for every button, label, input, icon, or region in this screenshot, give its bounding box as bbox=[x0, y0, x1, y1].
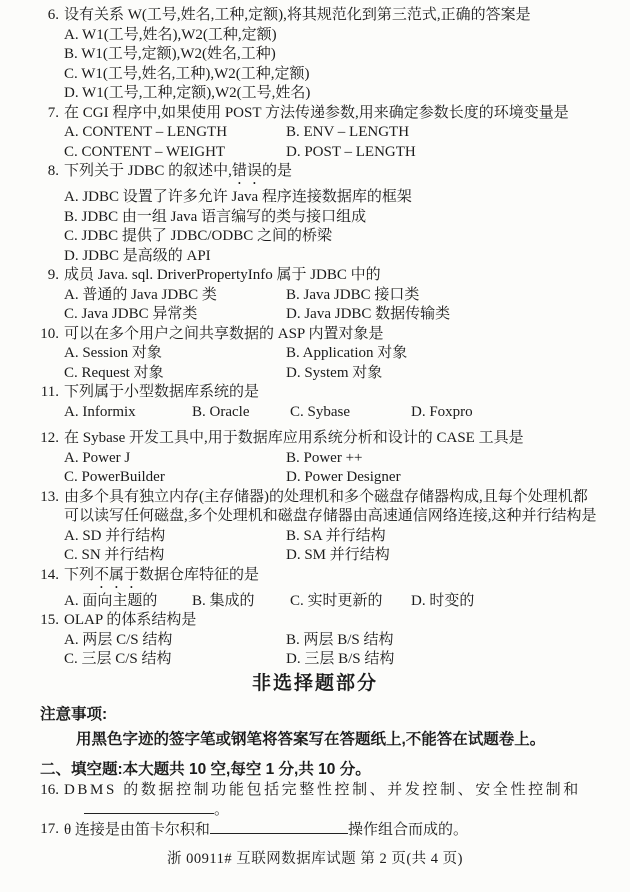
question-6: 6. 设有关系 W(工号,姓名,工种,定额),将其规范化到第三范式,正确的答案是… bbox=[0, 6, 630, 104]
option: B. W1(工号,定额),W2(姓名,工种) bbox=[0, 45, 630, 65]
question-stem: 由多个具有独立内存(主存储器)的处理机和多个磁盘存储器构成,且每个处理机都可以读… bbox=[64, 488, 630, 527]
stem-text: 操作组合而成的。 bbox=[348, 822, 468, 838]
question-head: 9. 成员 Java. sql. DriverPropertyInfo 属于 J… bbox=[0, 266, 630, 286]
question-11: 11. 下列属于小型数据库系统的是 A. Informix B. Oracle … bbox=[0, 383, 630, 422]
option: A. 面向主题的 bbox=[64, 592, 192, 612]
option: A. Power J bbox=[64, 449, 286, 469]
option: D. JDBC 是高级的 API bbox=[0, 247, 630, 267]
option: C. CONTENT – WEIGHT bbox=[64, 143, 286, 163]
question-number: 9. bbox=[0, 266, 59, 286]
options-row: A. 两层 C/S 结构 B. 两层 B/S 结构 bbox=[0, 631, 630, 651]
option: C. 三层 C/S 结构 bbox=[64, 650, 286, 670]
page-footer: 浙 00911# 互联网数据库试题 第 2 页(共 4 页) bbox=[0, 849, 630, 869]
question-stem: 下列属于小型数据库系统的是 bbox=[64, 383, 630, 403]
option: D. Java JDBC 数据传输类 bbox=[286, 305, 450, 325]
option: D. SM 并行结构 bbox=[286, 546, 390, 566]
fill-blank bbox=[210, 820, 348, 834]
question-head: 12. 在 Sybase 开发工具中,用于数据库应用系统分析和设计的 CASE … bbox=[0, 429, 630, 449]
option: C. PowerBuilder bbox=[64, 468, 286, 488]
option: D. W1(工号,工种,定额),W2(工号,姓名) bbox=[0, 84, 630, 104]
option: A. W1(工号,姓名),W2(工种,定额) bbox=[0, 26, 630, 46]
option: B. SA 并行结构 bbox=[286, 527, 386, 547]
option: A. Informix bbox=[64, 403, 192, 423]
question-8: 8. 下列关于 JDBC 的叙述中,错误的是 A. JDBC 设置了许多允许 J… bbox=[0, 162, 630, 266]
question-number: 13. bbox=[0, 488, 59, 527]
question-stem: 可以在多个用户之间共享数据的 ASP 内置对象是 bbox=[64, 325, 630, 345]
question-stem: θ 连接是由笛卡尔积和操作组合而成的。 bbox=[64, 820, 630, 841]
question-12: 12. 在 Sybase 开发工具中,用于数据库应用系统分析和设计的 CASE … bbox=[0, 429, 630, 488]
question-head: 7. 在 CGI 程序中,如果使用 POST 方法传递参数,用来确定参数长度的环… bbox=[0, 104, 630, 124]
question-number: 17. bbox=[0, 820, 59, 841]
question-14: 14. 下列不属于数据仓库特征的是 A. 面向主题的 B. 集成的 C. 实时更… bbox=[0, 566, 630, 612]
option: D. POST – LENGTH bbox=[286, 143, 416, 163]
question-7: 7. 在 CGI 程序中,如果使用 POST 方法传递参数,用来确定参数长度的环… bbox=[0, 104, 630, 163]
option: D. Power Designer bbox=[286, 468, 401, 488]
option: B. Oracle bbox=[192, 403, 290, 423]
question-stem: 下列不属于数据仓库特征的是 bbox=[64, 566, 630, 592]
options-row: A. Informix B. Oracle C. Sybase D. Foxpr… bbox=[0, 403, 630, 423]
question-15: 15. OLAP 的体系结构是 A. 两层 C/S 结构 B. 两层 B/S 结… bbox=[0, 611, 630, 670]
option: A. 普通的 Java JDBC 类 bbox=[64, 286, 286, 306]
stem-emphasized-text: 错误 bbox=[232, 163, 262, 179]
stem-text: 的是 bbox=[262, 163, 292, 179]
options-row: A. Session 对象 B. Application 对象 bbox=[0, 344, 630, 364]
section-title: 非选择题部分 bbox=[0, 670, 630, 698]
question-stem: 在 CGI 程序中,如果使用 POST 方法传递参数,用来确定参数长度的环境变量… bbox=[64, 104, 630, 124]
question-9: 9. 成员 Java. sql. DriverPropertyInfo 属于 J… bbox=[0, 266, 630, 325]
question-head: 16. DBMS 的数据控制功能包括完整性控制、并发控制、安全性控制和 bbox=[0, 781, 630, 801]
option: B. ENV – LENGTH bbox=[286, 123, 409, 143]
fill-in-section-heading: 二、填空题:本大题共 10 空,每空 1 分,共 10 分。 bbox=[0, 759, 630, 781]
question-stem: DBMS 的数据控制功能包括完整性控制、并发控制、安全性控制和 bbox=[64, 781, 630, 801]
stem-emphasized-text: 不属于 bbox=[94, 567, 139, 583]
stem-text: 下列 bbox=[64, 567, 94, 583]
option: C. 实时更新的 bbox=[290, 592, 411, 612]
question-head: 15. OLAP 的体系结构是 bbox=[0, 611, 630, 631]
question-17: 17. θ 连接是由笛卡尔积和操作组合而成的。 bbox=[0, 820, 630, 841]
question-stem: OLAP 的体系结构是 bbox=[64, 611, 630, 631]
question-number: 10. bbox=[0, 325, 59, 345]
question-number: 12. bbox=[0, 429, 59, 449]
question-stem: 下列关于 JDBC 的叙述中,错误的是 bbox=[64, 162, 630, 188]
option: D. Foxpro bbox=[411, 403, 473, 423]
question-10: 10. 可以在多个用户之间共享数据的 ASP 内置对象是 A. Session … bbox=[0, 325, 630, 384]
option: B. 集成的 bbox=[192, 592, 290, 612]
option: A. CONTENT – LENGTH bbox=[64, 123, 286, 143]
question-16: 16. DBMS 的数据控制功能包括完整性控制、并发控制、安全性控制和 。 bbox=[0, 781, 630, 821]
option: D. 时变的 bbox=[411, 592, 474, 612]
answer-blank-line: 。 bbox=[0, 800, 630, 820]
option: D. 三层 B/S 结构 bbox=[286, 650, 394, 670]
exam-page: 6. 设有关系 W(工号,姓名,工种,定额),将其规范化到第三范式,正确的答案是… bbox=[0, 0, 630, 869]
question-head: 17. θ 连接是由笛卡尔积和操作组合而成的。 bbox=[0, 820, 630, 841]
options-row: A. Power J B. Power ++ bbox=[0, 449, 630, 469]
options-row: C. 三层 C/S 结构 D. 三层 B/S 结构 bbox=[0, 650, 630, 670]
option: C. JDBC 提供了 JDBC/ODBC 之间的桥梁 bbox=[0, 227, 630, 247]
option: B. JDBC 由一组 Java 语言编写的类与接口组成 bbox=[0, 208, 630, 228]
question-number: 14. bbox=[0, 566, 59, 592]
option: C. Sybase bbox=[290, 403, 411, 423]
question-head: 14. 下列不属于数据仓库特征的是 bbox=[0, 566, 630, 592]
option: C. SN 并行结构 bbox=[64, 546, 286, 566]
option: D. System 对象 bbox=[286, 364, 382, 384]
option: B. Power ++ bbox=[286, 449, 363, 469]
fill-blank bbox=[84, 800, 214, 814]
question-head: 10. 可以在多个用户之间共享数据的 ASP 内置对象是 bbox=[0, 325, 630, 345]
notes-heading: 注意事项: bbox=[0, 704, 630, 726]
option: A. JDBC 设置了许多允许 Java 程序连接数据库的框架 bbox=[0, 188, 630, 208]
options-row: C. SN 并行结构 D. SM 并行结构 bbox=[0, 546, 630, 566]
option: C. W1(工号,姓名,工种),W2(工种,定额) bbox=[0, 65, 630, 85]
options-row: C. Java JDBC 异常类 D. Java JDBC 数据传输类 bbox=[0, 305, 630, 325]
stem-text: θ 连接是由笛卡尔积和 bbox=[64, 822, 210, 838]
options-row: A. 普通的 Java JDBC 类 B. Java JDBC 接口类 bbox=[0, 286, 630, 306]
option: A. Session 对象 bbox=[64, 344, 286, 364]
question-number: 11. bbox=[0, 383, 59, 403]
options-row: C. CONTENT – WEIGHT D. POST – LENGTH bbox=[0, 143, 630, 163]
question-number: 16. bbox=[0, 781, 59, 801]
option: A. SD 并行结构 bbox=[64, 527, 286, 547]
question-number: 8. bbox=[0, 162, 59, 188]
options-row: A. SD 并行结构 B. SA 并行结构 bbox=[0, 527, 630, 547]
stem-text: 数据仓库特征的是 bbox=[139, 567, 259, 583]
option: B. 两层 B/S 结构 bbox=[286, 631, 394, 651]
question-head: 13. 由多个具有独立内存(主存储器)的处理机和多个磁盘存储器构成,且每个处理机… bbox=[0, 488, 630, 527]
question-head: 11. 下列属于小型数据库系统的是 bbox=[0, 383, 630, 403]
question-number: 7. bbox=[0, 104, 59, 124]
options-row: A. CONTENT – LENGTH B. ENV – LENGTH bbox=[0, 123, 630, 143]
stem-text: 下列关于 JDBC 的叙述中, bbox=[64, 163, 232, 179]
question-head: 8. 下列关于 JDBC 的叙述中,错误的是 bbox=[0, 162, 630, 188]
question-number: 6. bbox=[0, 6, 59, 26]
option: B. Application 对象 bbox=[286, 344, 407, 364]
question-stem: 成员 Java. sql. DriverPropertyInfo 属于 JDBC… bbox=[64, 266, 630, 286]
question-13: 13. 由多个具有独立内存(主存储器)的处理机和多个磁盘存储器构成,且每个处理机… bbox=[0, 488, 630, 566]
option: C. Request 对象 bbox=[64, 364, 286, 384]
question-stem: 设有关系 W(工号,姓名,工种,定额),将其规范化到第三范式,正确的答案是 bbox=[64, 6, 630, 26]
question-number: 15. bbox=[0, 611, 59, 631]
question-head: 6. 设有关系 W(工号,姓名,工种,定额),将其规范化到第三范式,正确的答案是 bbox=[0, 6, 630, 26]
option: B. Java JDBC 接口类 bbox=[286, 286, 419, 306]
option: A. 两层 C/S 结构 bbox=[64, 631, 286, 651]
options-row: C. PowerBuilder D. Power Designer bbox=[0, 468, 630, 488]
notes-body: 用黑色字迹的签字笔或钢笔将答案写在答题纸上,不能答在试题卷上。 bbox=[0, 729, 630, 751]
blank-tail: 。 bbox=[214, 802, 229, 818]
option: C. Java JDBC 异常类 bbox=[64, 305, 286, 325]
options-row: C. Request 对象 D. System 对象 bbox=[0, 364, 630, 384]
question-stem: 在 Sybase 开发工具中,用于数据库应用系统分析和设计的 CASE 工具是 bbox=[64, 429, 630, 449]
options-row: A. 面向主题的 B. 集成的 C. 实时更新的 D. 时变的 bbox=[0, 592, 630, 612]
